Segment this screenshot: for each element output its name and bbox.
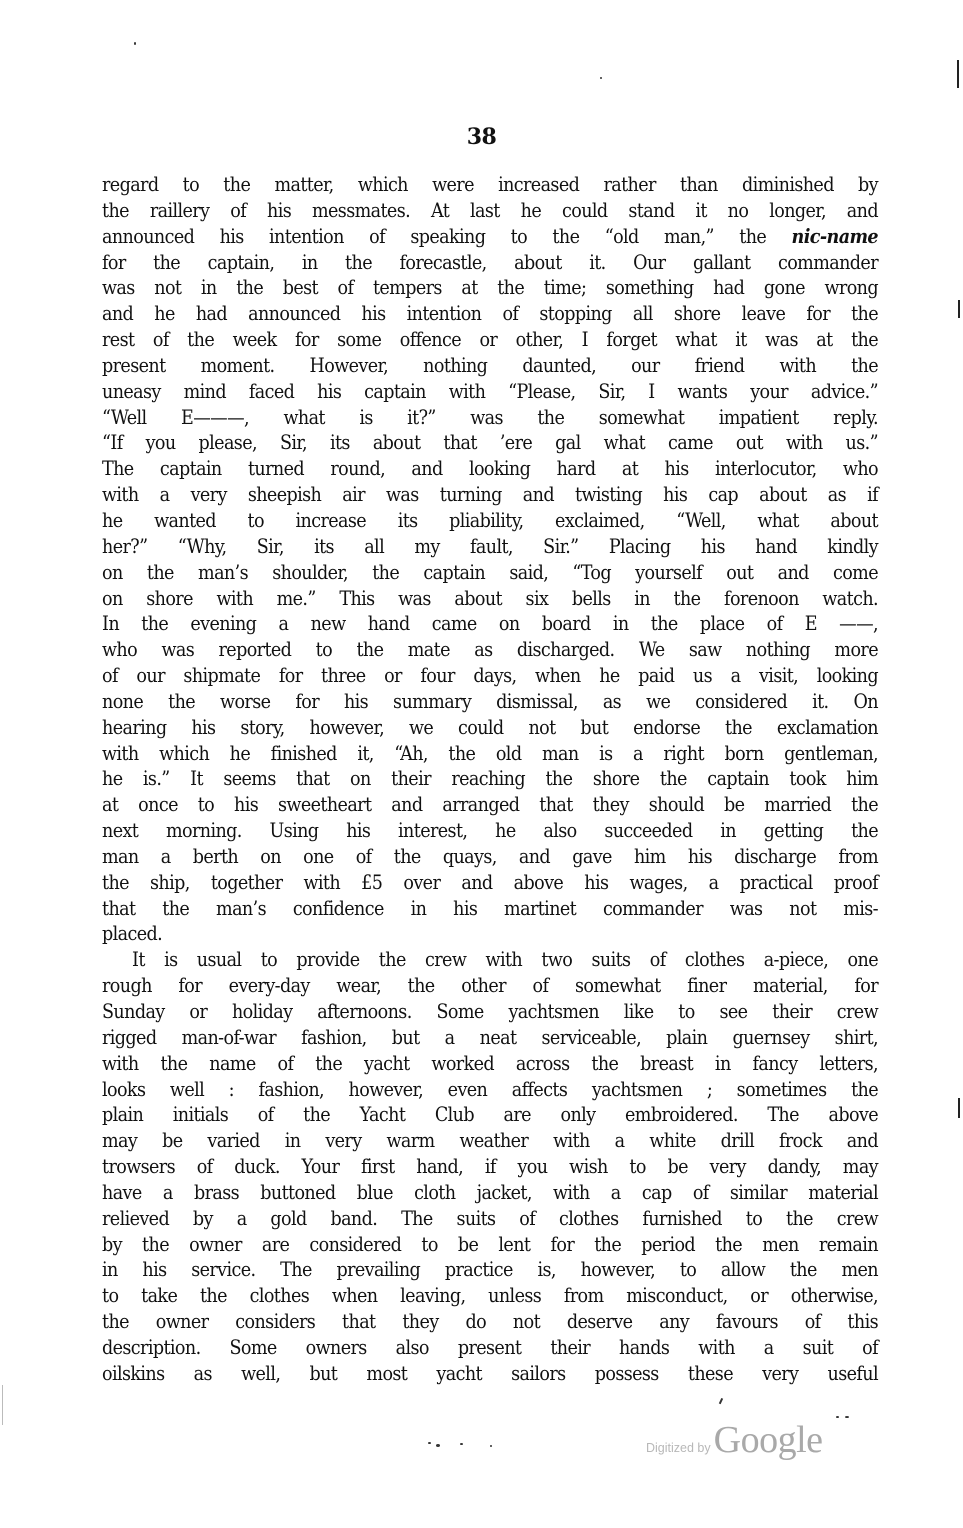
text-line: who was reported to the mate as discharg… [102,637,878,663]
text-line: uneasy mind faced his captain with “Plea… [102,379,878,405]
text-line: with which he finished it, “Ah, the old … [102,741,878,767]
watermark-prefix: Digitized by [646,1441,711,1455]
text-line: present moment. However, nothing daunted… [102,353,878,379]
text-line: he wanted to increase its pliability, ex… [102,508,878,534]
paragraph-1: regard to the matter, which were increas… [102,172,878,947]
text-line: rough for every-day wear, the other of s… [102,973,878,999]
text-line: The captain turned round, and looking ha… [102,456,878,482]
text-line: the ship, together with £5 over and abov… [102,870,878,896]
text-line: the owner considers that they do not des… [102,1309,878,1335]
scan-artifact-speck [490,1445,492,1447]
text-line: at once to his sweetheart and arranged t… [102,792,878,818]
digitized-by-google-watermark: Digitized by Google [646,1418,823,1458]
text-line: next morning. Using his interest, he als… [102,818,878,844]
scan-artifact-margin-right [958,300,960,318]
text-line: the raillery of his messmates. At last h… [102,198,878,224]
text-line: with the name of the yacht worked across… [102,1051,878,1077]
text-line: rigged man-of-war fashion, but a neat se… [102,1025,878,1051]
text-line: on the man’s shoulder, the captain said,… [102,560,878,586]
text-line: relieved by a gold band. The suits of cl… [102,1206,878,1232]
scan-artifact-speck [845,1416,849,1418]
scan-artifact-speck [719,1398,723,1404]
text-line: on shore with me.” This was about six be… [102,586,878,612]
scan-artifact-speck [460,1443,463,1445]
text-line: may be varied in very warm weather with … [102,1128,878,1154]
paragraph-2: It is usual to provide the crew with two… [102,947,878,1386]
text-line: looks well : fashion, however, even affe… [102,1077,878,1103]
scan-artifact-margin-left [2,1385,3,1425]
scan-artifact-speck [436,1444,440,1447]
text-line: placed. [102,921,878,947]
text-line: description. Some owners also present th… [102,1335,878,1361]
body-text: regard to the matter, which were increas… [102,172,878,1387]
text-line: for the captain, in the forecastle, abou… [102,250,878,276]
page-number: 38 [0,124,963,150]
text-line: announced his intention of speaking to t… [102,224,878,250]
text-line: oilskins as well, but most yacht sailors… [102,1361,878,1387]
scan-artifact-margin-right [957,60,959,88]
text-line: In the evening a new hand came on board … [102,611,878,637]
text-line: of our shipmate for three or four days, … [102,663,878,689]
scan-artifact-speck [134,42,136,45]
text-line: regard to the matter, which were increas… [102,172,878,198]
text-line: he is.” It seems that on their reaching … [102,766,878,792]
text-line: rest of the week for some offence or oth… [102,327,878,353]
text-line: to take the clothes when leaving, unless… [102,1283,878,1309]
text-line: have a brass buttoned blue cloth jacket,… [102,1180,878,1206]
text-line: “If you please, Sir, its about that ’ere… [102,430,878,456]
text-line: none the worse for his summary dismissal… [102,689,878,715]
text-line: man a berth on one of the quays, and gav… [102,844,878,870]
text-line: that the man’s confidence in his martine… [102,896,878,922]
text-line: It is usual to provide the crew with two… [102,947,878,973]
text-line: with a very sheepish air was turning and… [102,482,878,508]
scan-artifact-speck [836,1416,839,1418]
text-line: Sunday or holiday afternoons. Some yacht… [102,999,878,1025]
scan-artifact-margin-right [958,1098,960,1118]
text-line: hearing his story, however, we could not… [102,715,878,741]
text-line: in his service. The prevailing practice … [102,1257,878,1283]
scan-artifact-speck [428,1442,431,1444]
text-line: was not in the best of tempers at the ti… [102,275,878,301]
scan-artifact-speck [600,77,602,79]
text-line: “Well E———, what is it?” was the somewha… [102,405,878,431]
text-line: plain initials of the Yacht Club are onl… [102,1102,878,1128]
google-logo-text: Google [714,1418,823,1462]
text-line: by the owner are considered to be lent f… [102,1232,878,1258]
text-line: and he had announced his intention of st… [102,301,878,327]
text-line: her?” “Why, Sir, its all my fault, Sir.”… [102,534,878,560]
text-line: trowsers of duck. Your first hand, if yo… [102,1154,878,1180]
italic-term: nic-name [792,225,878,248]
